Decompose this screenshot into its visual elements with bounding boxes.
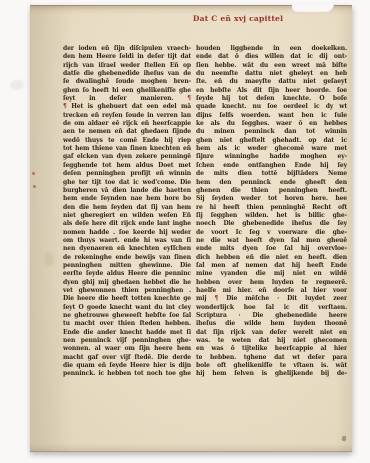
text-line: te hebben. tghene dat wt deſer para	[196, 354, 347, 362]
text-line: vet ghewonnen thien penninghen .	[63, 287, 191, 295]
text-line: mij ¶ Die mēſche · Dit luydet zeer	[196, 295, 347, 303]
text-line: wedō thuys te comē Ende hij riep	[63, 137, 191, 145]
foxing-spot	[33, 185, 36, 188]
text-line: aen te nemen eñ dat ghedaen ſijnde	[63, 128, 191, 136]
text-line: du minen penninck dan tot winnin	[196, 128, 347, 136]
background-stain	[10, 80, 24, 90]
paper-stain	[44, 252, 54, 266]
text-line: ſeyt O goede knecht want du int cley	[63, 304, 191, 312]
text-line: de rekeninghe ende bewijs van ſinen	[63, 254, 191, 262]
text-line: ſeyt in deſer manieren. ¶	[63, 95, 191, 103]
text-line: noech Die ghebenedide iheſus die ſey	[196, 220, 347, 228]
text-line: om thuys waert. ende hi was van ſi	[63, 237, 191, 245]
text-line: mine vyanden die mij niet en wildē	[196, 270, 347, 278]
text-line: iheſus die wilde hem luyden thoonē	[196, 320, 347, 328]
text-line: hij hem ſelven is ghelijkende bij de-	[196, 370, 347, 378]
text-line: ¶ Het is ghebuert dat een edel mā	[63, 103, 191, 111]
corner-mark	[342, 436, 347, 442]
text-line: en was ō tijtelike heerſcappie al hier	[196, 345, 347, 353]
text-line: ſchen ende ontfanghen Ende hij ſey	[196, 162, 347, 170]
page-edge-chip	[292, 4, 334, 13]
text-line: bole oft ghelikeniſſe te vſtaen is. wāt	[196, 362, 347, 370]
left-text-column: der ioden eñ ſijn diſcipulen vraech-den …	[63, 45, 191, 379]
text-line: ghenen die thien penninghen heeft.	[196, 187, 347, 195]
text-line: houden ligghende in een doekelken.	[196, 45, 347, 53]
scan-background: Dat C eñ xvj capittel der ioden eñ ſijn …	[0, 0, 370, 463]
text-line: nen penninck vijf penninghen ghe-	[63, 337, 191, 345]
text-line: ſeyde hij tot deſen knechte. O boſe	[196, 95, 347, 103]
text-line: niet gheregiert en wilden weſen Eñ	[63, 212, 191, 220]
text-line: hem den penninck ende gheeft den	[196, 179, 347, 187]
text-line: die quam eñ ſeyde Heere hier is dijn	[63, 362, 191, 370]
pilcrow-mark: ¶	[214, 295, 218, 302]
text-line: ſe dwalinghē ſoude moghen bren-	[63, 78, 191, 86]
text-line: als deſe here dit rijck ende lant inghe	[63, 220, 191, 228]
text-line: ke als du ſegghes. waer ō en hebbes	[196, 120, 347, 128]
text-line: haelſe mi hier. eñ doorſe al hier voor	[196, 287, 347, 295]
text-line: Ende die ander knecht hadde met ſi	[63, 329, 191, 337]
text-line: trecken eñ reyſen ſoude in verren lan	[63, 112, 191, 120]
pilcrow-mark: ¶	[187, 95, 191, 102]
text-line: Scriptura · Die ghebenedide heere	[196, 312, 347, 320]
text-line: penninghen mitten ghewinne. Die	[63, 262, 191, 270]
text-line: den die hem ſeyden dat ſij van hem	[63, 204, 191, 212]
text-line: de om aldaer eē rijck eñ heerſcappie	[63, 120, 191, 128]
text-line: du neemſte dattu niet gheleyt en heb	[196, 70, 347, 78]
text-line: ende mits dyen ſoe ſal hij overvloe-	[196, 245, 347, 253]
text-line: hem als ic weder ghecomē ware met	[196, 145, 347, 153]
text-line: hebben over hem luyden te regneerē.	[196, 279, 347, 287]
text-line: ne die wat heeft dyen ſal men gheuē	[196, 237, 347, 245]
text-line: nomen hadde . ſoe keerde hij weder	[63, 229, 191, 237]
text-line: penninck. ic hebben tot noch toe ghe	[63, 370, 191, 378]
book-page: Dat C eñ xvj capittel der ioden eñ ſijn …	[30, 5, 352, 452]
text-line: eerſte ſeyde aldus Heere die penninc	[63, 270, 191, 278]
text-line: ende dat ō dies willen dat ic dij ont-	[196, 53, 347, 61]
foxing-spot	[32, 172, 35, 175]
text-line: dich hebben eñ die niet en heeft. dien	[196, 254, 347, 262]
text-line: wonnen. al waer om ſijn heere hem	[63, 345, 191, 353]
text-line: dat ſijn rijck van deſer werelt niet en	[196, 329, 347, 337]
text-line: ghen ſo heeft hi een ghelikeniſſe ghe	[63, 87, 191, 95]
text-line: ghen niet gheſtelt ghehadt. op dat ic	[196, 137, 347, 145]
text-line: datſe die ghebenedide iheſus van de	[63, 70, 191, 78]
text-line: de mits dien tottē bijſtāders Neme	[196, 170, 347, 178]
text-line: den hem Heere ſeldi in deſer tijt dat	[63, 53, 191, 61]
chapter-heading: Dat C eñ xvj capittel	[168, 13, 308, 25]
text-line: dyen ghij mij ghedaen hebbet die he	[63, 279, 191, 287]
text-line: tu macht over thien ſteden hebben.	[63, 320, 191, 328]
text-line: wonderlijck hoe ſal ic dit verſtaen.	[196, 304, 347, 312]
text-line: nen dyenaeren eñ knechten eyſſchen	[63, 245, 191, 253]
right-text-column: houden ligghende in een doekelken.ende d…	[196, 45, 347, 379]
text-line: dijns ſelfs woerden. want ben ic ſule	[196, 112, 347, 120]
text-line: hem ende ſeynden nae hem hore bo	[63, 195, 191, 203]
pilcrow-mark: ¶	[63, 103, 67, 110]
text-line: burgheren vā dien lande die haetten	[63, 187, 191, 195]
text-line: ſien hebbe. wāt du een wreet mā biſte	[196, 62, 347, 70]
text-line: macht gaf over vijf ſtedē. Die derde	[63, 354, 191, 362]
text-line: der ioden eñ ſijn diſcipulen vraech-	[63, 45, 191, 53]
text-line: ſijnre winninghe hadde moghen ey-	[196, 153, 347, 161]
text-line: ſij ſegghen wilden. het is billic ghe-	[196, 212, 347, 220]
text-line: rijch van iſrael weder ſtellen Eñ op	[63, 62, 191, 70]
text-line: was. te weten dat hij niet ghecomen	[196, 337, 347, 345]
text-line: ſte. eñ du maeyſte dattu niet geſaeyt	[196, 78, 347, 86]
text-line: ſal men af nemen dat hij heeft Ende	[196, 262, 347, 270]
text-line: ne ghetrouwe gheweeſt hebſte ſoe ſal	[63, 312, 191, 320]
text-line: quade knecht. nu ſoe oerdeel ic dy wt	[196, 103, 347, 111]
text-line: gaf elcken van dyen zekere penningē	[63, 153, 191, 161]
text-line: re hi heeft thien penninghē Recht oft	[196, 204, 347, 212]
text-line: ſegghende tot hem aldus Doet met	[63, 162, 191, 170]
text-line: Sij ſeyden weder tot horen here. hee	[196, 195, 347, 203]
text-line: de voort Ic ſeg v voerware die ghe-	[196, 229, 347, 237]
text-line: tot hem thiene van ſinen knechten eñ	[63, 145, 191, 153]
text-line: Die heere die heeft totten knechte ge	[63, 295, 191, 303]
text-line: en hebſte Als dit ſijn heer hoorde. ſoe	[196, 87, 347, 95]
text-line: deſen penninghen profijt eñ winnin	[63, 170, 191, 178]
text-line: ghe ter tijt toe dat ic wed'come. Die	[63, 179, 191, 187]
